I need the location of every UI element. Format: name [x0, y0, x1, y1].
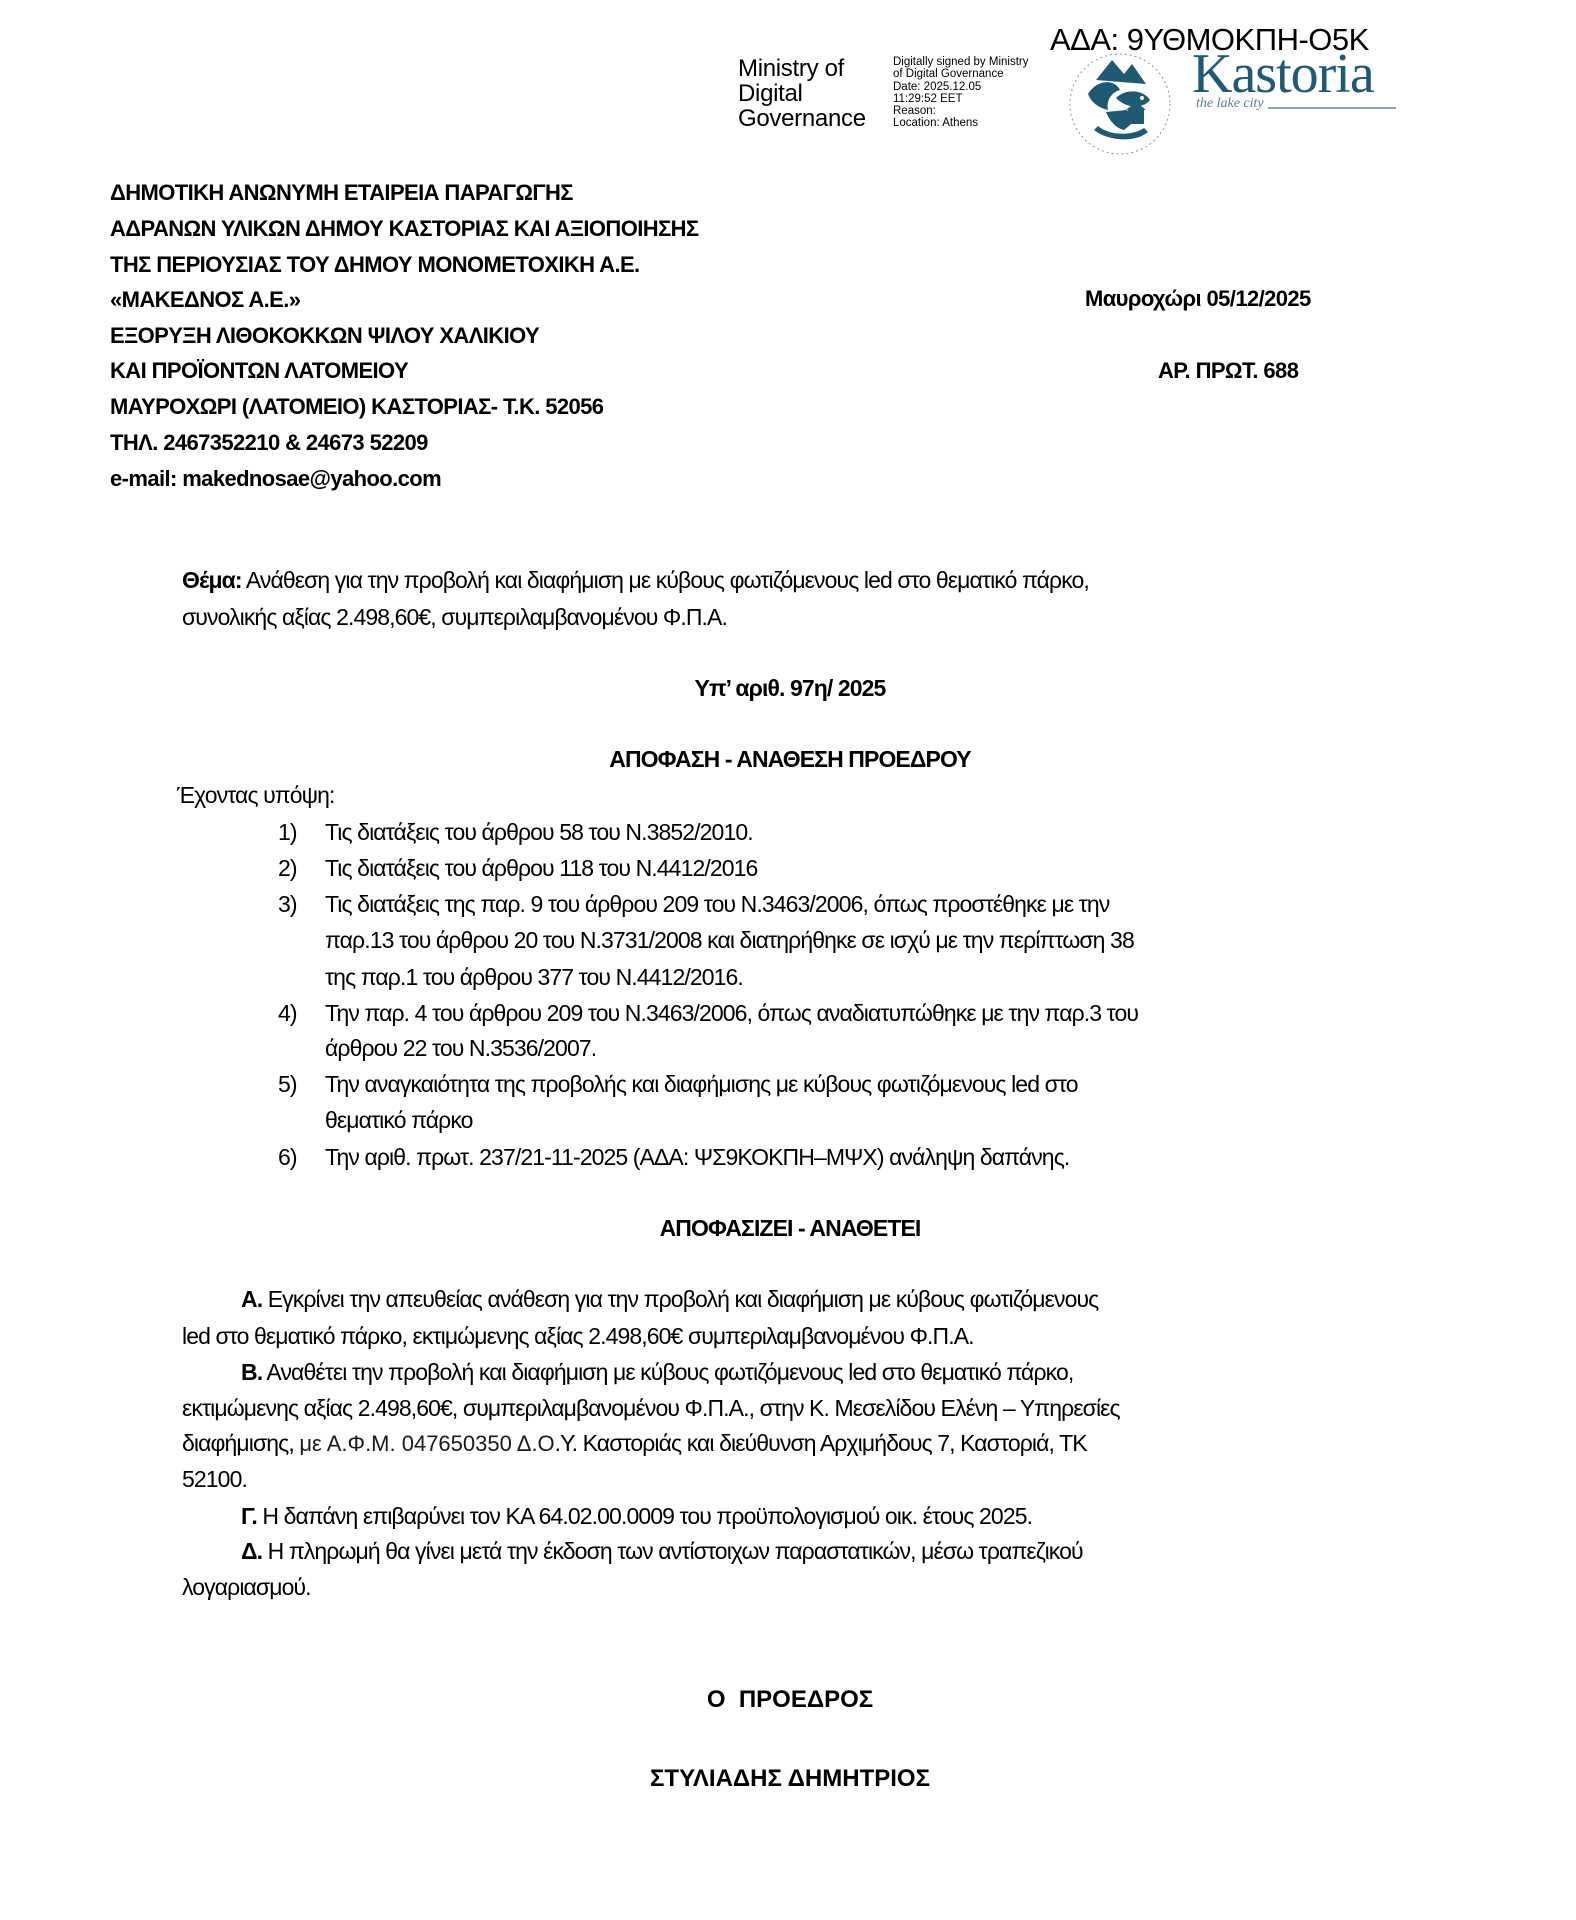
- decision-a: Α. Εγκρίνει την απευθείας ανάθεση για τη…: [241, 1281, 1098, 1317]
- signature-line: Reason:: [893, 105, 1029, 117]
- signatory-name: ΣΤΥΛΙΑΔΗΣ ΔΗΜΗΤΡΙΟΣ: [0, 1765, 1576, 1793]
- digital-signature-details: Digitally signed by Ministry of Digital …: [893, 56, 1029, 130]
- sender-line: ΤΗΣ ΠΕΡΙΟΥΣΙΑΣ ΤΟΥ ΔΗΜΟΥ ΜΟΝΟΜΕΤΟΧΙΚΗ Α.…: [110, 252, 640, 278]
- list-number: 1): [278, 814, 297, 850]
- decision-label: Α.: [241, 1286, 262, 1312]
- subject-line: Θέμα: Ανάθεση για την προβολή και διαφήμ…: [182, 562, 1089, 598]
- ministry-line: Governance: [738, 106, 866, 131]
- tagline-rule: [1268, 107, 1396, 109]
- list-text: Την αναγκαιότητα της προβολής και διαφήμ…: [325, 1066, 1078, 1102]
- list-text: της παρ.1 του άρθρου 377 του Ν.4412/2016…: [325, 959, 743, 995]
- list-text: άρθρου 22 του Ν.3536/2007.: [325, 1030, 596, 1066]
- logo-tagline: the lake city: [1196, 96, 1264, 112]
- decision-text: εκτιμώμενης αξίας 2.498,60€, συμπεριλαμβ…: [182, 1390, 1120, 1426]
- decision-label: Β.: [241, 1359, 262, 1385]
- list-text: παρ.13 του άρθρου 20 του Ν.3731/2008 και…: [325, 922, 1134, 958]
- list-text: Την παρ. 4 του άρθρου 209 του Ν.3463/200…: [325, 995, 1138, 1031]
- protocol-number: ΑΡ. ΠΡΩΤ. 688: [1158, 358, 1298, 384]
- tax-id: με Α.Φ.Μ. 047650350 Δ.Ο: [299, 1431, 554, 1456]
- heading-decides-assigns: ΑΠΟΦΑΣΙΖΕΙ - ΑΝΑΘΕΤΕΙ: [0, 1210, 1576, 1246]
- list-text: Τις διατάξεις της παρ. 9 του άρθρου 209 …: [325, 886, 1109, 922]
- decision-text: Αναθέτει την προβολή και διαφήμιση με κύ…: [262, 1359, 1073, 1385]
- decision-text: λογαριασμού.: [182, 1569, 311, 1605]
- signature-line: Location: Athens: [893, 117, 1029, 129]
- decision-text: led στο θεματικό πάρκο, εκτιμώμενης αξία…: [182, 1318, 974, 1354]
- list-text: Την αριθ. πρωτ. 237/21-11-2025 (ΑΔΑ: ΨΣ9…: [325, 1139, 1069, 1175]
- decision-text: διαφήμισης,: [182, 1430, 299, 1456]
- list-text: Τις διατάξεις του άρθρου 118 του Ν.4412/…: [325, 850, 757, 886]
- decision-text: Η δαπάνη επιβαρύνει τον ΚΑ 64.02.00.0009…: [257, 1503, 1032, 1529]
- list-number: 5): [278, 1066, 297, 1102]
- kastoria-emblem-icon: [1066, 50, 1174, 158]
- list-number: 6): [278, 1139, 297, 1175]
- decision-text: Εγκρίνει την απευθείας ανάθεση για την π…: [262, 1286, 1098, 1312]
- ministry-name: Ministry of Digital Governance: [738, 56, 866, 131]
- decision-text: 52100.: [182, 1461, 247, 1497]
- list-text: θεματικό πάρκο: [325, 1102, 473, 1138]
- sender-line: ΜΑΥΡΟΧΩΡΙ (ΛΑΤΟΜΕΙΟ) ΚΑΣΤΟΡΙΑΣ- Τ.Κ. 520…: [110, 394, 603, 420]
- decision-d: Δ. Η πληρωμή θα γίνει μετά την έκδοση τω…: [241, 1533, 1083, 1569]
- sender-line: ΕΞΟΡΥΞΗ ΛΙΘΟΚΟΚΚΩΝ ΨΙΛΟΥ ΧΑΛΙΚΙΟΥ: [110, 323, 539, 349]
- decision-label: Δ.: [241, 1538, 262, 1564]
- decision-number: Υπ’ αριθ. 97η/ 2025: [0, 670, 1576, 706]
- decision-text: διαφήμισης, με Α.Φ.Μ. 047650350 Δ.Ο.Υ. Κ…: [182, 1425, 1087, 1462]
- list-text: Τις διατάξεις του άρθρου 58 του Ν.3852/2…: [325, 814, 753, 850]
- decision-text: .Υ. Καστοριάς και διεύθυνση Αρχιμήδους 7…: [555, 1430, 1087, 1456]
- list-number: 4): [278, 995, 297, 1031]
- signature-line: of Digital Governance: [893, 68, 1029, 80]
- sender-email: e-mail: makednosae@yahoo.com: [110, 466, 441, 492]
- signature-line: 11:29:52 EET: [893, 93, 1029, 105]
- sender-line: «ΜΑΚΕΔΝΟΣ Α.Ε.»: [110, 287, 300, 313]
- ministry-line: Digital: [738, 81, 866, 106]
- list-number: 3): [278, 886, 297, 922]
- subject-text: Ανάθεση για την προβολή και διαφήμιση με…: [242, 567, 1089, 593]
- subject-label: Θέμα:: [182, 567, 242, 593]
- sender-line: ΤΗΛ. 2467352210 & 24673 52209: [110, 430, 428, 456]
- considering-label: Έχοντας υπόψη:: [177, 777, 335, 813]
- heading-decision: ΑΠΟΦΑΣΗ - ΑΝΑΘΕΣΗ ΠΡΟΕΔΡΟΥ: [0, 741, 1576, 777]
- place-date: Μαυροχώρι 05/12/2025: [1085, 286, 1311, 312]
- signature-line: Date: 2025.12.05: [893, 81, 1029, 93]
- subject-line: συνολικής αξίας 2.498,60€, συμπεριλαμβαν…: [182, 599, 727, 635]
- signatory-title: Ο ΠΡΟΕΔΡΟΣ: [0, 1686, 1576, 1714]
- sender-line: ΑΔΡΑΝΩΝ ΥΛΙΚΩΝ ΔΗΜΟΥ ΚΑΣΤΟΡΙΑΣ ΚΑΙ ΑΞΙΟΠ…: [110, 216, 699, 242]
- decision-label: Γ.: [241, 1503, 257, 1529]
- decision-text: Η πληρωμή θα γίνει μετά την έκδοση των α…: [262, 1538, 1083, 1564]
- ministry-line: Ministry of: [738, 56, 866, 81]
- decision-c: Γ. Η δαπάνη επιβαρύνει τον ΚΑ 64.02.00.0…: [241, 1498, 1032, 1534]
- sender-line: ΚΑΙ ΠΡΟΪΟΝΤΩΝ ΛΑΤΟΜΕΙΟΥ: [110, 358, 408, 384]
- signature-line: Digitally signed by Ministry: [893, 56, 1029, 68]
- ada-code: ΑΔΑ: 9ΥΘΜΟΚΠΗ-Ο5Κ: [1050, 22, 1369, 58]
- decision-b: Β. Αναθέτει την προβολή και διαφήμιση με…: [241, 1354, 1073, 1390]
- list-number: 2): [278, 850, 297, 886]
- sender-line: ΔΗΜΟΤΙΚΗ ΑΝΩΝΥΜΗ ΕΤΑΙΡΕΙΑ ΠΑΡΑΓΩΓΗΣ: [110, 180, 573, 206]
